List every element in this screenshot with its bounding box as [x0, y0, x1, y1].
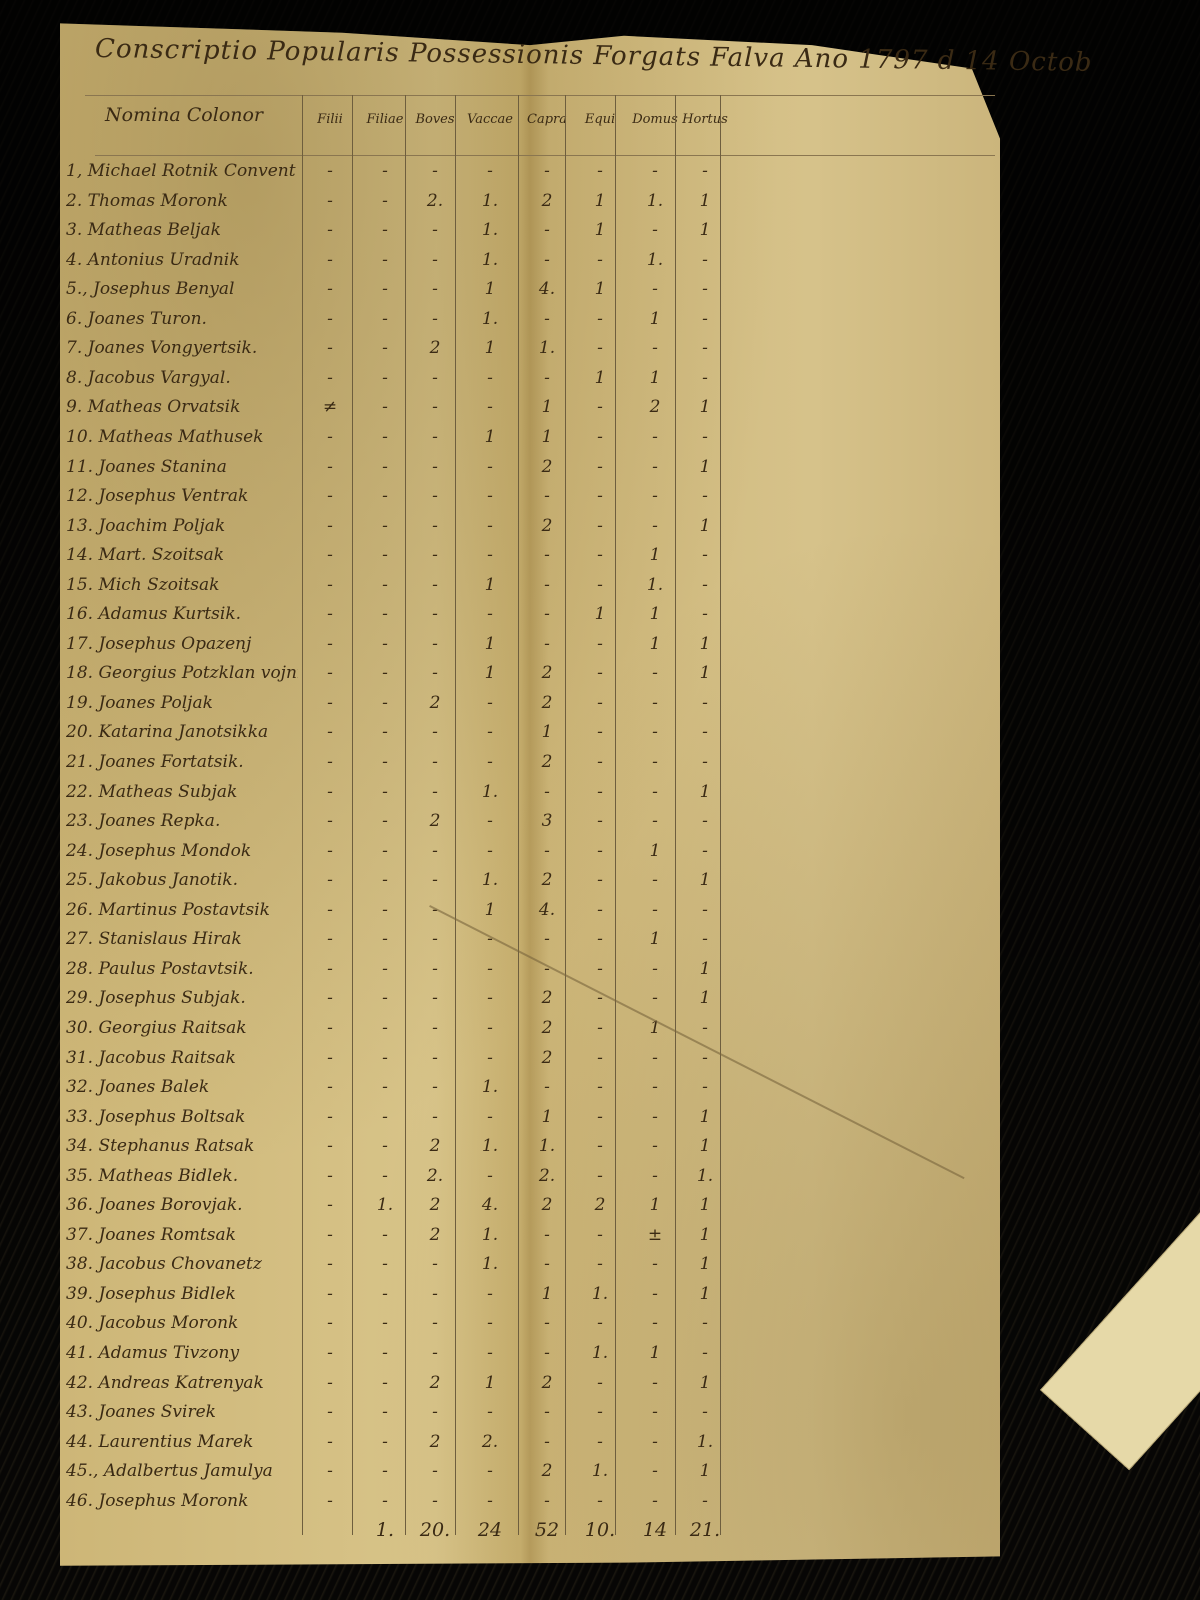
colonist-name: 28. Paulus Postavtsik. — [66, 954, 298, 984]
cell-vaccae: - — [468, 983, 512, 1013]
cell-filiae: - — [363, 452, 407, 482]
cell-domus: - — [633, 1249, 677, 1279]
cell-hortus: - — [683, 1308, 727, 1338]
cell-domus: 1 — [633, 363, 677, 393]
cell-capra: 2 — [525, 1456, 569, 1486]
colonist-name: 11. Joanes Stanina — [66, 452, 298, 482]
colonist-name: 42. Andreas Katrenyak — [66, 1368, 298, 1398]
cell-filiae: - — [363, 1456, 407, 1486]
cell-capra: - — [525, 1397, 569, 1427]
cell-vaccae: 1. — [468, 304, 512, 334]
cell-filiae: - — [363, 1308, 407, 1338]
cell-filii: - — [308, 1427, 352, 1457]
table-row: 4. Antonius Uradnik---1.--1.- — [66, 245, 766, 275]
cell-filii: - — [308, 1486, 352, 1516]
cell-vaccae: 1. — [468, 1249, 512, 1279]
cell-equi: 1 — [578, 599, 622, 629]
cell-capra: - — [525, 156, 569, 186]
cell-capra: - — [525, 1308, 569, 1338]
cell-hortus: - — [683, 245, 727, 275]
colonist-name: 30. Georgius Raitsak — [66, 1013, 298, 1043]
cell-filii — [308, 1515, 352, 1545]
cell-hortus: 1 — [683, 954, 727, 984]
cell-boves: 2 — [413, 1131, 457, 1161]
cell-equi: - — [578, 1102, 622, 1132]
cell-vaccae: - — [468, 156, 512, 186]
cell-capra: 1 — [525, 422, 569, 452]
cell-vaccae: - — [468, 1043, 512, 1073]
cell-filiae: - — [363, 865, 407, 895]
colonist-name: 35. Matheas Bidlek. — [66, 1161, 298, 1191]
cell-equi: - — [578, 1427, 622, 1457]
cell-hortus: - — [683, 1486, 727, 1516]
cell-equi: 1 — [578, 215, 622, 245]
cell-boves: - — [413, 481, 457, 511]
colonist-name: 3. Matheas Beljak — [66, 215, 298, 245]
cell-filii: ≠ — [308, 392, 352, 422]
cell-vaccae: - — [468, 1013, 512, 1043]
colonist-name: 10. Matheas Mathusek — [66, 422, 298, 452]
cell-domus: 1 — [633, 1338, 677, 1368]
cell-capra: 2 — [525, 1043, 569, 1073]
cell-equi: - — [578, 954, 622, 984]
cell-boves: - — [413, 954, 457, 984]
header-domus: Domus — [630, 112, 680, 127]
table-row: 34. Stephanus Ratsak--21.1.--1 — [66, 1131, 766, 1161]
cell-equi: - — [578, 1131, 622, 1161]
cell-vaccae: - — [468, 717, 512, 747]
cell-boves: - — [413, 1249, 457, 1279]
cell-equi: - — [578, 806, 622, 836]
cell-vaccae: 1. — [468, 865, 512, 895]
cell-boves: - — [413, 1072, 457, 1102]
table-row: 10. Matheas Mathusek---11--- — [66, 422, 766, 452]
cell-capra: 1 — [525, 717, 569, 747]
cell-capra: - — [525, 215, 569, 245]
cell-filiae: - — [363, 777, 407, 807]
cell-equi: - — [578, 836, 622, 866]
cell-capra: - — [525, 1072, 569, 1102]
cell-equi: 1 — [578, 363, 622, 393]
colonist-name: 18. Georgius Potzklan vojnik — [66, 658, 298, 688]
cell-filii: - — [308, 1220, 352, 1250]
cell-domus: - — [633, 156, 677, 186]
cell-filii: - — [308, 1043, 352, 1073]
cell-boves: - — [413, 747, 457, 777]
colonist-name: 29. Josephus Subjak. — [66, 983, 298, 1013]
cell-boves: - — [413, 599, 457, 629]
table-row: 30. Georgius Raitsak----2-1- — [66, 1013, 766, 1043]
totals-row: 1.20.245210.1421. — [66, 1515, 766, 1545]
table-row: 16. Adamus Kurtsik.-----11- — [66, 599, 766, 629]
table-row: 36. Joanes Borovjak.-1.24.2211 — [66, 1190, 766, 1220]
cell-hortus: 1 — [683, 1102, 727, 1132]
cell-boves: 20. — [413, 1515, 457, 1545]
table-row: 39. Josephus Bidlek----11.-1 — [66, 1279, 766, 1309]
cell-vaccae: 1. — [468, 186, 512, 216]
cell-vaccae: 1 — [468, 895, 512, 925]
cell-hortus: - — [683, 717, 727, 747]
cell-filiae: - — [363, 304, 407, 334]
colonist-name: 16. Adamus Kurtsik. — [66, 599, 298, 629]
cell-filii: - — [308, 1338, 352, 1368]
cell-capra: - — [525, 599, 569, 629]
cell-capra: - — [525, 481, 569, 511]
cell-boves: - — [413, 156, 457, 186]
cell-domus: - — [633, 481, 677, 511]
cell-boves: - — [413, 1338, 457, 1368]
colonist-name: 40. Jacobus Moronk — [66, 1308, 298, 1338]
cell-filiae: - — [363, 1279, 407, 1309]
cell-hortus: 1 — [683, 777, 727, 807]
cell-filii: - — [308, 777, 352, 807]
cell-vaccae: - — [468, 599, 512, 629]
cell-domus: - — [633, 658, 677, 688]
cell-filii: - — [308, 865, 352, 895]
cell-boves: - — [413, 924, 457, 954]
cell-boves: - — [413, 777, 457, 807]
cell-filii: - — [308, 186, 352, 216]
colonist-name: 2. Thomas Moronk — [66, 186, 298, 216]
colonist-name: 33. Josephus Boltsak — [66, 1102, 298, 1132]
cell-filii: - — [308, 599, 352, 629]
cell-hortus: - — [683, 1072, 727, 1102]
cell-vaccae: 1. — [468, 1131, 512, 1161]
cell-filii: - — [308, 895, 352, 925]
colonist-name: 12. Josephus Ventrak — [66, 481, 298, 511]
cell-boves: - — [413, 274, 457, 304]
cell-equi: 1 — [578, 186, 622, 216]
cell-filiae: - — [363, 215, 407, 245]
cell-filii: - — [308, 806, 352, 836]
cell-capra: 2 — [525, 688, 569, 718]
cell-hortus: 1 — [683, 1456, 727, 1486]
cell-boves: - — [413, 629, 457, 659]
cell-domus: - — [633, 511, 677, 541]
cell-boves: - — [413, 865, 457, 895]
colonist-name: 37. Joanes Romtsak — [66, 1220, 298, 1250]
header-filiae: Filiae — [360, 112, 410, 127]
colonist-name: 17. Josephus Opazenj — [66, 629, 298, 659]
table-row: 8. Jacobus Vargyal.-----11- — [66, 363, 766, 393]
table-row: 9. Matheas Orvatsik≠---1-21 — [66, 392, 766, 422]
table-row: 31. Jacobus Raitsak----2--- — [66, 1043, 766, 1073]
cell-filii: - — [308, 156, 352, 186]
cell-vaccae: - — [468, 1102, 512, 1132]
cell-domus: - — [633, 1427, 677, 1457]
cell-equi: - — [578, 1397, 622, 1427]
cell-equi: - — [578, 924, 622, 954]
cell-filii: - — [308, 924, 352, 954]
table-row: 15. Mich Szoitsak---1--1.- — [66, 570, 766, 600]
cell-capra: 2 — [525, 1190, 569, 1220]
cell-hortus: - — [683, 1338, 727, 1368]
cell-domus: - — [633, 1072, 677, 1102]
cell-hortus: - — [683, 1397, 727, 1427]
cell-hortus: 1 — [683, 1131, 727, 1161]
cell-boves: 2 — [413, 1220, 457, 1250]
colonist-name: 23. Joanes Repka. — [66, 806, 298, 836]
cell-hortus: - — [683, 570, 727, 600]
cell-filii: - — [308, 511, 352, 541]
colonist-name: 24. Josephus Mondok — [66, 836, 298, 866]
cell-hortus: 1 — [683, 865, 727, 895]
cell-hortus: - — [683, 540, 727, 570]
table-row: 27. Stanislaus Hirak------1- — [66, 924, 766, 954]
cell-vaccae: 24 — [468, 1515, 512, 1545]
cell-boves: 2 — [413, 1190, 457, 1220]
cell-filiae: - — [363, 1013, 407, 1043]
cell-hortus: 1 — [683, 1279, 727, 1309]
cell-vaccae: - — [468, 1397, 512, 1427]
header-nomina-colonor: Nomina Colonor — [105, 104, 263, 126]
cell-domus: - — [633, 717, 677, 747]
cell-boves: - — [413, 570, 457, 600]
table-row: 41. Adamus Tivzony-----1.1- — [66, 1338, 766, 1368]
cell-filii: - — [308, 304, 352, 334]
colonist-name: 1, Michael Rotnik Convent — [66, 156, 298, 186]
colonist-name: 9. Matheas Orvatsik — [66, 392, 298, 422]
cell-vaccae: - — [468, 1456, 512, 1486]
cell-vaccae: - — [468, 1486, 512, 1516]
table-row: 18. Georgius Potzklan vojnik---12--1 — [66, 658, 766, 688]
table-row: 25. Jakobus Janotik.---1.2--1 — [66, 865, 766, 895]
cell-vaccae: 1. — [468, 1220, 512, 1250]
cell-filiae: - — [363, 924, 407, 954]
cell-boves: - — [413, 245, 457, 275]
table-row: 24. Josephus Mondok------1- — [66, 836, 766, 866]
cell-filiae: - — [363, 717, 407, 747]
cell-capra: 1. — [525, 1131, 569, 1161]
cell-domus: 2 — [633, 392, 677, 422]
cell-equi: - — [578, 1486, 622, 1516]
cell-boves: - — [413, 422, 457, 452]
cell-filii: - — [308, 540, 352, 570]
colonist-name: 14. Mart. Szoitsak — [66, 540, 298, 570]
cell-filiae: 1. — [363, 1190, 407, 1220]
cell-hortus: 1 — [683, 215, 727, 245]
cell-boves: 2 — [413, 333, 457, 363]
cell-equi: - — [578, 1249, 622, 1279]
cell-capra: - — [525, 1338, 569, 1368]
cell-equi: - — [578, 1161, 622, 1191]
cell-domus: ± — [633, 1220, 677, 1250]
cell-domus: - — [633, 422, 677, 452]
colonist-name: 36. Joanes Borovjak. — [66, 1190, 298, 1220]
table-row: 45., Adalbertus Jamulya----21.-1 — [66, 1456, 766, 1486]
cell-capra: 2 — [525, 1368, 569, 1398]
cell-boves: - — [413, 836, 457, 866]
colonist-name: 38. Jacobus Chovanetz — [66, 1249, 298, 1279]
cell-domus: - — [633, 983, 677, 1013]
cell-filii: - — [308, 363, 352, 393]
cell-capra: 2 — [525, 865, 569, 895]
cell-domus: - — [633, 1368, 677, 1398]
cell-filii: - — [308, 274, 352, 304]
cell-boves: - — [413, 1456, 457, 1486]
colonist-name: 5., Josephus Benyal — [66, 274, 298, 304]
cell-vaccae: - — [468, 1308, 512, 1338]
cell-vaccae: 1. — [468, 1072, 512, 1102]
cell-boves: - — [413, 1486, 457, 1516]
cell-vaccae: 1. — [468, 777, 512, 807]
cell-domus: 1. — [633, 245, 677, 275]
cell-filiae: - — [363, 836, 407, 866]
cell-boves: - — [413, 215, 457, 245]
cell-filiae: - — [363, 392, 407, 422]
cell-filiae: - — [363, 333, 407, 363]
cell-filiae: - — [363, 481, 407, 511]
cell-equi: 2 — [578, 1190, 622, 1220]
cell-filiae: - — [363, 599, 407, 629]
cell-filii: - — [308, 481, 352, 511]
cell-boves: - — [413, 717, 457, 747]
cell-filiae: - — [363, 1338, 407, 1368]
table-row: 7. Joanes Vongyertsik.--211.--- — [66, 333, 766, 363]
cell-filii: - — [308, 1072, 352, 1102]
cell-equi: - — [578, 629, 622, 659]
cell-capra: - — [525, 1249, 569, 1279]
cell-capra: - — [525, 1486, 569, 1516]
cell-capra: - — [525, 363, 569, 393]
cell-capra: 1 — [525, 1279, 569, 1309]
cell-equi: - — [578, 865, 622, 895]
cell-hortus: 21. — [683, 1515, 727, 1545]
cell-vaccae: 2. — [468, 1427, 512, 1457]
table-row: 19. Joanes Poljak--2-2--- — [66, 688, 766, 718]
cell-filiae: - — [363, 1249, 407, 1279]
cell-capra: 1. — [525, 333, 569, 363]
cell-filiae: - — [363, 1427, 407, 1457]
colonist-name: 34. Stephanus Ratsak — [66, 1131, 298, 1161]
cell-hortus: 1 — [683, 452, 727, 482]
cell-boves: - — [413, 363, 457, 393]
cell-capra: 2 — [525, 1013, 569, 1043]
cell-equi: 1. — [578, 1338, 622, 1368]
table-row: 32. Joanes Balek---1.---- — [66, 1072, 766, 1102]
cell-domus: - — [633, 1102, 677, 1132]
table-row: 20. Katarina Janotsikka----1--- — [66, 717, 766, 747]
cell-vaccae: 4. — [468, 1190, 512, 1220]
cell-filiae: - — [363, 274, 407, 304]
colonist-name: 26. Martinus Postavtsik — [66, 895, 298, 925]
cell-domus: - — [633, 806, 677, 836]
cell-filii: - — [308, 1397, 352, 1427]
header-vaccae: Vaccae — [465, 112, 515, 127]
cell-domus: - — [633, 1131, 677, 1161]
table-row: 13. Joachim Poljak----2--1 — [66, 511, 766, 541]
cell-boves: - — [413, 540, 457, 570]
cell-domus: 1 — [633, 836, 677, 866]
cell-boves: - — [413, 1397, 457, 1427]
cell-hortus: 1. — [683, 1427, 727, 1457]
cell-capra: - — [525, 1220, 569, 1250]
cell-hortus: 1 — [683, 186, 727, 216]
cell-equi: 1 — [578, 274, 622, 304]
cell-capra: - — [525, 777, 569, 807]
table-row: 29. Josephus Subjak.----2--1 — [66, 983, 766, 1013]
header-filii: Filii — [305, 112, 355, 127]
cell-domus: - — [633, 688, 677, 718]
cell-filiae: - — [363, 245, 407, 275]
colonist-name: 13. Joachim Poljak — [66, 511, 298, 541]
table-row: 6. Joanes Turon.---1.--1- — [66, 304, 766, 334]
cell-filii: - — [308, 954, 352, 984]
cell-domus: 1 — [633, 924, 677, 954]
cell-filiae: - — [363, 954, 407, 984]
cell-capra: 2. — [525, 1161, 569, 1191]
cell-hortus: - — [683, 895, 727, 925]
cell-filiae: - — [363, 1131, 407, 1161]
cell-filiae: - — [363, 156, 407, 186]
cell-vaccae: - — [468, 688, 512, 718]
cell-domus: - — [633, 1456, 677, 1486]
cell-hortus: - — [683, 363, 727, 393]
cell-domus: - — [633, 333, 677, 363]
colonist-name: 44. Laurentius Marek — [66, 1427, 298, 1457]
cell-domus: - — [633, 865, 677, 895]
cell-boves: - — [413, 1043, 457, 1073]
cell-filii: - — [308, 1190, 352, 1220]
cell-domus: 1 — [633, 304, 677, 334]
table-row: 44. Laurentius Marek--22.---1. — [66, 1427, 766, 1457]
table-row: 37. Joanes Romtsak--21.--±1 — [66, 1220, 766, 1250]
cell-filii: - — [308, 333, 352, 363]
cell-filiae: - — [363, 1043, 407, 1073]
cell-domus: 1 — [633, 540, 677, 570]
cell-hortus: - — [683, 481, 727, 511]
table-row: 1, Michael Rotnik Convent-------- — [66, 156, 766, 186]
cell-capra: 2 — [525, 983, 569, 1013]
cell-filiae: - — [363, 1368, 407, 1398]
cell-domus: - — [633, 1308, 677, 1338]
cell-equi: - — [578, 304, 622, 334]
cell-vaccae: - — [468, 1338, 512, 1368]
cell-equi: 10. — [578, 1515, 622, 1545]
cell-capra: 1 — [525, 392, 569, 422]
table-row: 11. Joanes Stanina----2--1 — [66, 452, 766, 482]
cell-hortus: - — [683, 156, 727, 186]
cell-hortus: 1. — [683, 1161, 727, 1191]
cell-vaccae: - — [468, 1279, 512, 1309]
cell-filiae: - — [363, 688, 407, 718]
colonist-name: 43. Joanes Svirek — [66, 1397, 298, 1427]
cell-filiae: - — [363, 1161, 407, 1191]
cell-equi: - — [578, 156, 622, 186]
cell-domus: - — [633, 274, 677, 304]
cell-domus: 1. — [633, 186, 677, 216]
table-row: 3. Matheas Beljak---1.-1-1 — [66, 215, 766, 245]
table-row: 22. Matheas Subjak---1.---1 — [66, 777, 766, 807]
cell-hortus: - — [683, 806, 727, 836]
table-row: 17. Josephus Opazenj---1--11 — [66, 629, 766, 659]
cell-hortus: 1 — [683, 1220, 727, 1250]
cell-capra: 4. — [525, 274, 569, 304]
cell-hortus: - — [683, 747, 727, 777]
cell-filiae: - — [363, 1486, 407, 1516]
cell-filiae: - — [363, 363, 407, 393]
cell-equi: - — [578, 1368, 622, 1398]
cell-domus: 1 — [633, 1190, 677, 1220]
table-row: 14. Mart. Szoitsak------1- — [66, 540, 766, 570]
cell-capra: 1 — [525, 1102, 569, 1132]
cell-domus: - — [633, 747, 677, 777]
cell-vaccae: - — [468, 511, 512, 541]
cell-domus: - — [633, 1279, 677, 1309]
cell-capra: 52 — [525, 1515, 569, 1545]
cell-boves: - — [413, 1308, 457, 1338]
cell-equi: - — [578, 540, 622, 570]
